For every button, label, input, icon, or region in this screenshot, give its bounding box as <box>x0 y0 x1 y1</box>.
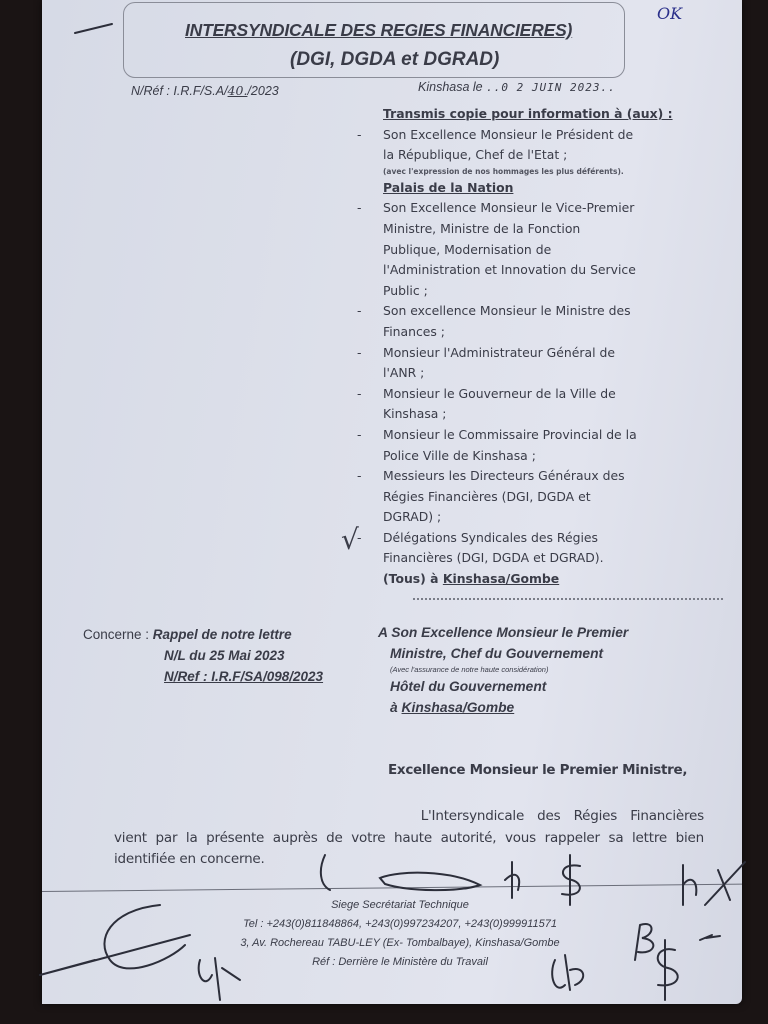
subject-reference: N/Ref : I.R.F/SA/098/2023 <box>83 666 323 687</box>
footer-phones: Tel : +243(0)811848864, +243(0)997234207… <box>200 915 600 934</box>
letter-body-rest: vient par la présente auprès de votre ha… <box>114 830 704 868</box>
bullet-dash: - <box>357 343 361 364</box>
place-date: Kinshasa le ..0 2 JUIN 2023.. <box>418 80 616 94</box>
subject-line2: N/L du 25 Mai 2023 <box>83 645 323 666</box>
subject-label: Concerne : <box>83 627 153 642</box>
copies-all-location: (Tous) à Kinshasa/Gombe <box>383 569 713 590</box>
copy-recipient-line: la République, Chef de l'Etat ; <box>383 145 713 166</box>
copy-recipient: -Son Excellence Monsieur le Vice-Premier… <box>383 198 713 301</box>
bullet-dash: - <box>357 125 361 146</box>
copy-recipient-location: Palais de la Nation <box>383 178 713 199</box>
copy-recipient-line: Kinshasa ; <box>383 404 713 425</box>
bullet-dash: - <box>357 301 361 322</box>
copy-recipient: -Son excellence Monsieur le Ministre des… <box>383 301 713 342</box>
copies-heading: Transmis copie pour information à (aux) … <box>383 104 713 125</box>
copy-recipient-line: Monsieur le Commissaire Provincial de la <box>383 425 713 446</box>
copy-recipient-line: l'ANR ; <box>383 363 713 384</box>
footer-street: 3, Av. Rochereau TABU-LEY (Ex- Tombalbay… <box>200 934 600 953</box>
bullet-dash: - <box>357 466 361 487</box>
copies-list: Transmis copie pour information à (aux) … <box>383 104 713 590</box>
copy-recipient-line: DGRAD) ; <box>383 507 713 528</box>
bullet-dash: - <box>357 384 361 405</box>
copy-recipient: -Monsieur l'Administrateur Général del'A… <box>383 343 713 384</box>
handwritten-ok-mark: OK <box>657 4 682 23</box>
letter-body: L'Intersyndicale des Régies Financières … <box>114 806 704 871</box>
reference-handwritten-number: 40. <box>228 83 248 98</box>
addressee-block: A Son Excellence Monsieur le Premier Min… <box>378 622 628 718</box>
copy-recipient-line: Son Excellence Monsieur le Président de <box>383 125 713 146</box>
checkmark-icon: √ <box>341 523 359 556</box>
dotted-separator <box>413 598 723 600</box>
copy-recipient: -Son Excellence Monsieur le Président de… <box>383 125 713 199</box>
reference-year: /2023 <box>247 84 278 98</box>
footer-office: Siege Secrétariat Technique <box>200 896 600 915</box>
copy-recipient: -Monsieur le Gouverneur de la Ville deKi… <box>383 384 713 425</box>
letter-body-first-line: L'Intersyndicale des Régies Financières <box>114 806 704 828</box>
addressee-line1: A Son Excellence Monsieur le Premier <box>378 622 628 643</box>
copy-recipient-line: Financières (DGI, DGDA et DGRAD). <box>383 548 713 569</box>
copy-recipient-line: Messieurs les Directeurs Généraux des <box>383 466 713 487</box>
reference-number: N/Réf : I.R.F/S.A/40./2023 <box>131 83 279 98</box>
copy-recipient: -Messieurs les Directeurs Généraux desRé… <box>383 466 713 528</box>
copy-recipient-line: Son Excellence Monsieur le Vice-Premier <box>383 198 713 219</box>
addressee-location: à Kinshasa/Gombe <box>378 697 628 718</box>
copy-recipient: -Délégations Syndicales des RégiesFinanc… <box>383 528 713 569</box>
footer-landmark: Réf : Derrière le Ministère du Travail <box>200 953 600 972</box>
place-date-label: Kinshasa le <box>418 80 483 94</box>
bullet-dash: - <box>357 425 361 446</box>
copy-recipient-line: Finances ; <box>383 322 713 343</box>
bullet-dash: - <box>357 198 361 219</box>
copy-recipient-line: Monsieur le Gouverneur de la Ville de <box>383 384 713 405</box>
copy-recipient-line: Ministre, Ministre de la Fonction <box>383 219 713 240</box>
copy-recipient-line: Publique, Modernisation de <box>383 240 713 261</box>
copy-recipient-line: Son excellence Monsieur le Ministre des <box>383 301 713 322</box>
letterhead-subtitle: (DGI, DGDA et DGRAD) <box>290 49 499 71</box>
letterhead-title: INTERSYNDICALE DES REGIES FINANCIERES) <box>185 20 572 41</box>
addressee-line3: Hôtel du Gouvernement <box>378 676 628 697</box>
copy-recipient-line: l'Administration et Innovation du Servic… <box>383 260 713 281</box>
reference-label: N/Réf : I.R.F/S.A/ <box>131 84 228 98</box>
copy-recipient-line: Délégations Syndicales des Régies <box>383 528 713 549</box>
addressee-note: (Avec l'assurance de notre haute considé… <box>378 664 628 676</box>
footer-address: Siege Secrétariat Technique Tel : +243(0… <box>200 896 600 972</box>
copy-recipient: -Monsieur le Commissaire Provincial de l… <box>383 425 713 466</box>
copy-recipient-line: Monsieur l'Administrateur Général de <box>383 343 713 364</box>
copy-recipient-line: Public ; <box>383 281 713 302</box>
salutation: Excellence Monsieur le Premier Ministre, <box>388 762 687 778</box>
copy-recipient-note: (avec l'expression de nos hommages les p… <box>383 166 713 178</box>
subject-block: Concerne : Rappel de notre lettre N/L du… <box>83 624 323 687</box>
copy-recipient-line: Régies Financières (DGI, DGDA et <box>383 487 713 508</box>
date-stamp: ..0 2 JUIN 2023.. <box>486 81 616 94</box>
copy-recipient-line: Police Ville de Kinshasa ; <box>383 446 713 467</box>
addressee-line2: Ministre, Chef du Gouvernement <box>378 643 628 664</box>
subject-line1: Rappel de notre lettre <box>153 627 292 642</box>
